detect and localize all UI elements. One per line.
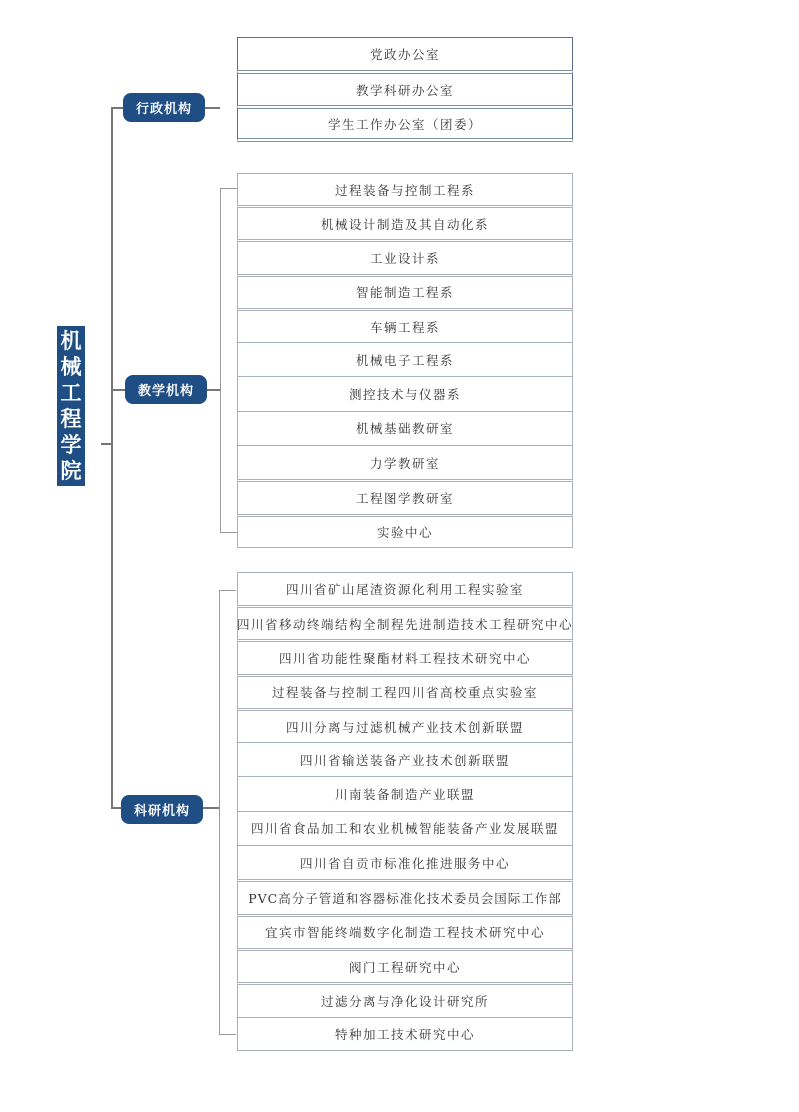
teaching-item: 测控技术与仪器系 <box>237 376 573 410</box>
research-item: 特种加工技术研究中心 <box>237 1017 573 1051</box>
research-item: 过滤分离与净化设计研究所 <box>237 982 573 1016</box>
teaching-item: 力学教研室 <box>237 445 573 479</box>
root-char: 程 <box>61 406 82 432</box>
category-research: 科研机构 <box>121 795 203 824</box>
teaching-item: 机械电子工程系 <box>237 342 573 376</box>
group-teaching: 过程装备与控制工程系 机械设计制造及其自动化系 工业设计系 智能制造工程系 车辆… <box>237 173 573 548</box>
research-item: 四川省功能性聚酯材料工程技术研究中心 <box>237 639 573 673</box>
teaching-item: 机械基础教研室 <box>237 411 573 445</box>
branch-admin <box>111 107 123 109</box>
research-bracket <box>219 590 236 1035</box>
research-connector <box>203 807 219 809</box>
research-item: 四川分离与过滤机械产业技术创新联盟 <box>237 708 573 742</box>
research-item: 宜宾市智能终端数字化制造工程技术研究中心 <box>237 914 573 948</box>
research-item: 阀门工程研究中心 <box>237 948 573 982</box>
teaching-bracket <box>220 188 237 533</box>
teaching-item: 过程装备与控制工程系 <box>237 173 573 205</box>
admin-connector <box>205 107 220 109</box>
root-node-college: 机 械 工 程 学 院 <box>57 326 85 486</box>
root-char: 学 <box>61 432 82 458</box>
admin-item: 教学科研办公室 <box>237 70 573 105</box>
teaching-item: 工程图学教研室 <box>237 479 573 513</box>
group-admin: 党政办公室 教学科研办公室 学生工作办公室（团委） <box>237 37 573 142</box>
root-char: 机 <box>61 328 82 354</box>
research-item: 四川省移动终端结构全制程先进制造技术工程研究中心 <box>237 605 573 639</box>
teaching-item: 车辆工程系 <box>237 308 573 342</box>
research-item: 川南装备制造产业联盟 <box>237 776 573 810</box>
research-item: PVC高分子管道和容器标准化技术委员会国际工作部 <box>237 879 573 913</box>
admin-item: 学生工作办公室（团委） <box>237 105 573 142</box>
branch-teaching <box>111 389 125 391</box>
teaching-item: 实验中心 <box>237 514 573 548</box>
research-item: 四川省矿山尾渣资源化利用工程实验室 <box>237 572 573 605</box>
category-admin: 行政机构 <box>123 93 205 122</box>
group-research: 四川省矿山尾渣资源化利用工程实验室 四川省移动终端结构全制程先进制造技术工程研究… <box>237 572 573 1051</box>
admin-item: 党政办公室 <box>237 37 573 70</box>
teaching-item: 工业设计系 <box>237 239 573 273</box>
research-item: 四川省食品加工和农业机械智能装备产业发展联盟 <box>237 811 573 845</box>
trunk-line <box>111 107 113 808</box>
root-char: 工 <box>61 380 82 406</box>
teaching-connector <box>207 389 221 391</box>
research-item: 四川省自贡市标准化推进服务中心 <box>237 845 573 879</box>
research-item: 过程装备与控制工程四川省高校重点实验室 <box>237 674 573 708</box>
root-char: 械 <box>61 354 82 380</box>
teaching-item: 机械设计制造及其自动化系 <box>237 205 573 239</box>
root-char: 院 <box>61 458 82 484</box>
teaching-item: 智能制造工程系 <box>237 274 573 308</box>
research-item: 四川省输送装备产业技术创新联盟 <box>237 742 573 776</box>
category-teaching: 教学机构 <box>125 375 207 404</box>
